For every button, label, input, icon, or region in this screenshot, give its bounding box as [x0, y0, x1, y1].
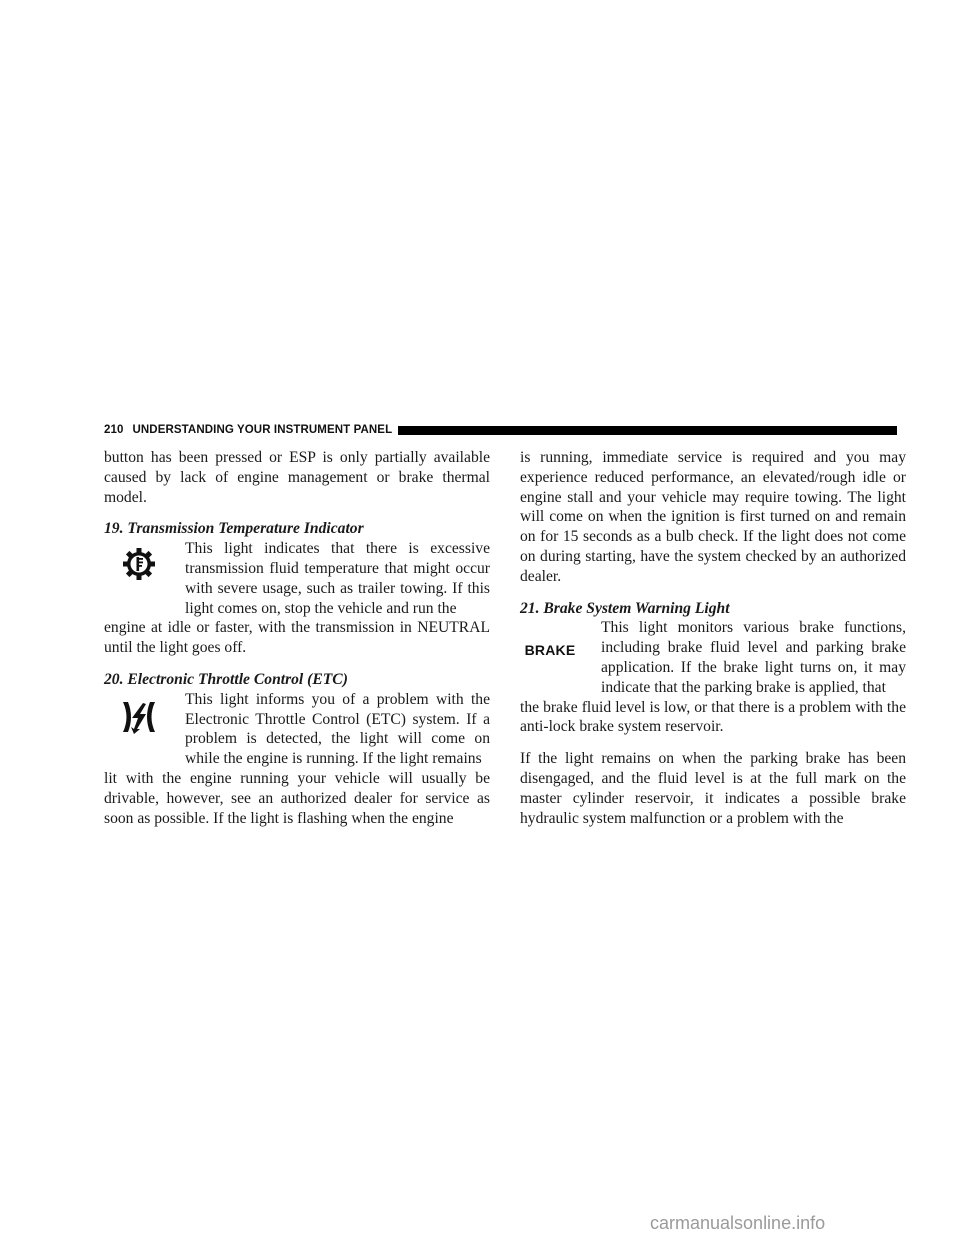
watermark: carmanualsonline.info [650, 1213, 825, 1234]
item-19: 19. Transmission Temperature Indicator [104, 519, 490, 658]
item-19-text: engine at idle or faster, with the trans… [104, 618, 490, 658]
brake-icon-label: BRAKE [525, 641, 576, 661]
transmission-temperature-icon [104, 547, 174, 581]
intro-paragraph: button has been pressed or ESP is only p… [104, 448, 490, 507]
page-number: 210 [104, 424, 124, 436]
page-header: 210 UNDERSTANDING YOUR INSTRUMENT PANEL [104, 422, 897, 438]
header-rule [398, 426, 897, 435]
left-column: button has been pressed or ESP is only p… [104, 448, 490, 828]
item-21-text: the brake fluid level is low, or that th… [520, 698, 906, 738]
section-title: UNDERSTANDING YOUR INSTRUMENT PANEL [133, 424, 393, 436]
electronic-throttle-control-icon [104, 698, 174, 736]
final-paragraph: If the light remains on when the parking… [520, 749, 906, 828]
right-column: is running, immediate service is require… [520, 448, 906, 828]
item-19-heading: 19. Transmission Temperature Indicator [104, 519, 490, 539]
item-20: 20. Electronic Throttle Control (ETC) Th… [104, 670, 490, 828]
item-20-heading: 20. Electronic Throttle Control (ETC) [104, 670, 490, 690]
item-21: 21. Brake System Warning Light BRAKE Thi… [520, 599, 906, 738]
item-20-text: lit with the engine running your vehicle… [104, 769, 490, 828]
item-21-heading: 21. Brake System Warning Light [520, 599, 906, 619]
continuation-paragraph: is running, immediate service is require… [520, 448, 906, 587]
brake-warning-icon: BRAKE [520, 641, 580, 661]
